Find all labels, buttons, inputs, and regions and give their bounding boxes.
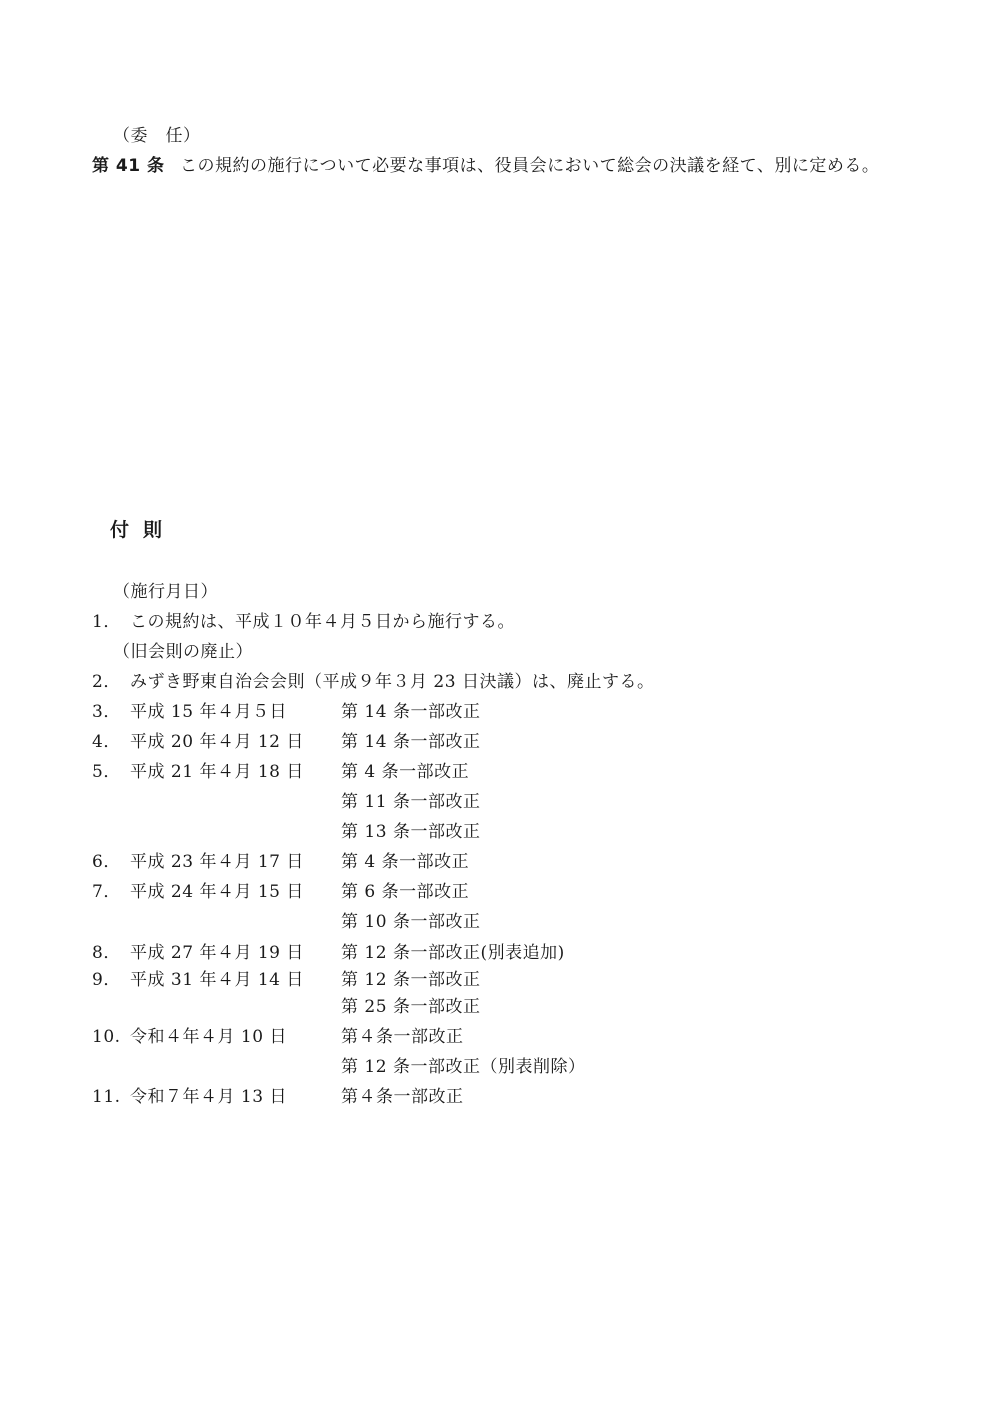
item-number: 2．: [92, 672, 121, 692]
item-text: この規約は、平成１０年４月５日から施行する。: [130, 612, 515, 632]
amendment-change: 第 14 条一部改正: [341, 732, 480, 752]
amendment-number: 4．: [92, 732, 121, 752]
amendment-number: 10.: [92, 1027, 121, 1047]
amendment-change: 第 4 条一部改正: [341, 852, 469, 872]
amendment-number: 6．: [92, 852, 121, 872]
item-caption: （旧会則の廃止）: [113, 642, 253, 662]
amendment-number: 5．: [92, 762, 121, 782]
amendment-change: 第 13 条一部改正: [341, 822, 480, 842]
amendment-change: 第 4 条一部改正: [341, 762, 469, 782]
amendment-date: 令和４年４月 10 日: [130, 1027, 287, 1047]
amendment-date: 平成 20 年４月 12 日: [130, 732, 304, 752]
amendment-date: 平成 21 年４月 18 日: [130, 762, 304, 782]
amendment-change: 第４条一部改正: [341, 1027, 464, 1047]
amendment-date: 平成 23 年４月 17 日: [130, 852, 304, 872]
article-body: この規約の施行について必要な事項は、役員会において総会の決議を経て、別に定める。: [180, 156, 879, 176]
amendment-change: 第 25 条一部改正: [341, 997, 480, 1017]
amendment-change: 第 10 条一部改正: [341, 912, 480, 932]
amendment-date: 令和７年４月 13 日: [130, 1087, 287, 1107]
amendment-change: 第 6 条一部改正: [341, 882, 469, 902]
amendment-change: 第 11 条一部改正: [341, 792, 480, 812]
amendment-date: 平成 24 年４月 15 日: [130, 882, 304, 902]
item-text: みずき野東自治会会則（平成９年３月 23 日決議）は、廃止する。: [130, 672, 654, 692]
item-number: 1．: [92, 612, 121, 632]
supplementary-title: 付則: [110, 520, 176, 540]
item-caption: （施行月日）: [113, 582, 218, 602]
amendment-change: 第 12 条一部改正（別表削除）: [341, 1057, 585, 1077]
amendment-date: 平成 27 年４月 19 日: [130, 943, 304, 963]
amendment-date: 平成 31 年４月 14 日: [130, 970, 304, 990]
amendment-change: 第 14 条一部改正: [341, 702, 480, 722]
article-number: 第 41 条: [92, 156, 165, 176]
amendment-date: 平成 15 年４月５日: [130, 702, 287, 722]
amendment-number: 8．: [92, 943, 121, 963]
amendment-change: 第 12 条一部改正(別表追加): [341, 943, 565, 963]
amendment-change: 第 12 条一部改正: [341, 970, 480, 990]
amendment-number: 3．: [92, 702, 121, 722]
amendment-number: 9．: [92, 970, 121, 990]
amendment-number: 11.: [92, 1087, 121, 1107]
article-caption: （委 任）: [113, 126, 201, 146]
amendment-number: 7．: [92, 882, 121, 902]
amendment-change: 第４条一部改正: [341, 1087, 464, 1107]
